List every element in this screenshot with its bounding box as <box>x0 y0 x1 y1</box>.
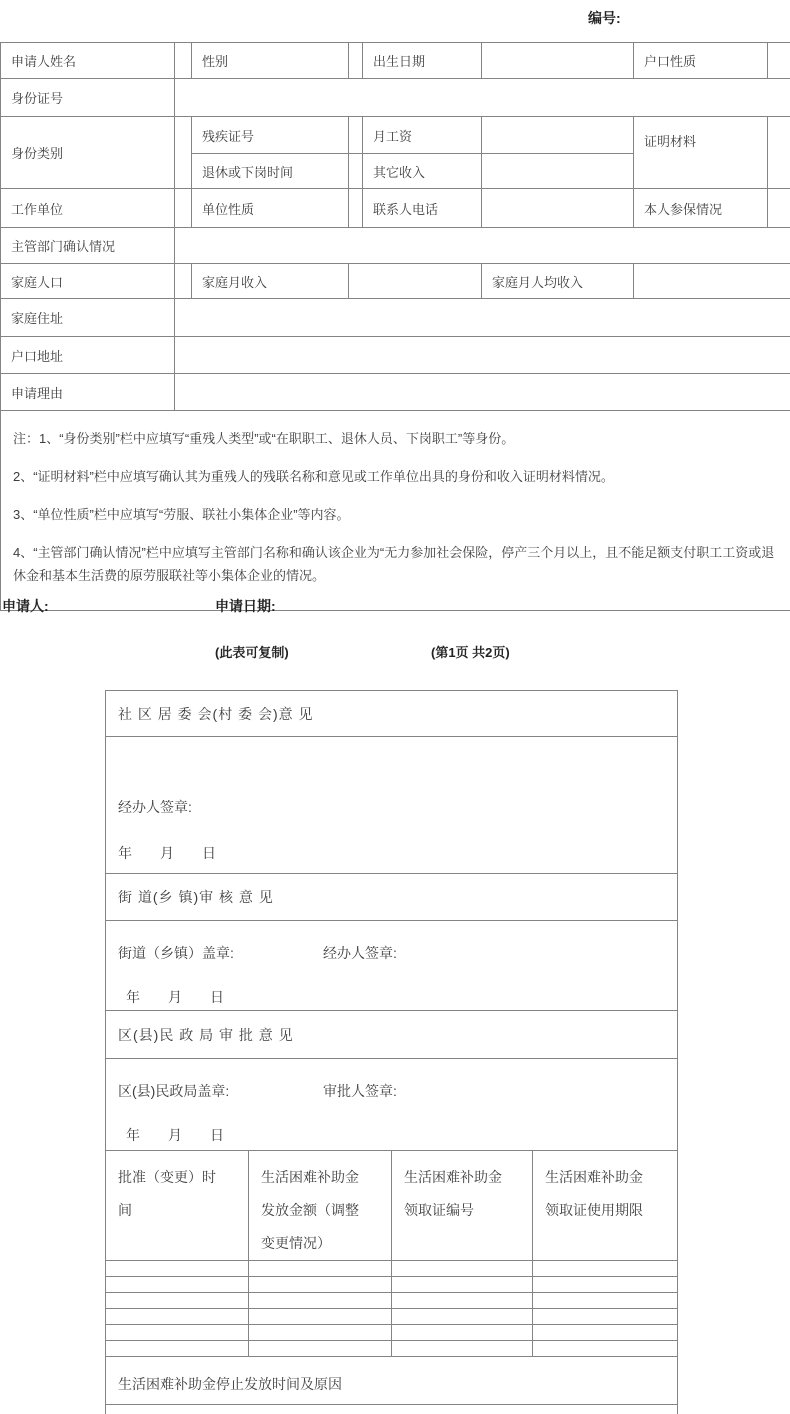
spacer-cell <box>175 43 192 79</box>
grid-empty-cell <box>533 1341 678 1357</box>
grid-empty-cell <box>533 1325 678 1341</box>
applicant-label: 申请人: <box>2 596 215 616</box>
label-gender: 性别 <box>192 43 349 79</box>
grid-empty-cell <box>392 1341 533 1357</box>
grid-empty-cell <box>106 1293 249 1309</box>
grid-empty-cell <box>533 1309 678 1325</box>
value-family-monthly-income <box>349 264 482 299</box>
value-apply-reason <box>175 374 790 411</box>
spacer-cell <box>175 264 192 299</box>
form-note-3: 3、“单位性质”栏中应填写“劳服、联社小集体企业”等内容。 <box>13 503 776 526</box>
handler-sign-label: 经办人签章: <box>323 945 397 961</box>
grid-empty-cell <box>106 1325 249 1341</box>
stop-reason-label: 生活困难补助金停止发放时间及原因 <box>106 1357 678 1405</box>
value-hukou-address <box>175 337 790 374</box>
application-form-page: 编号: 申请人姓名 性别 出生日期 户口性质 身份证号 身份类别 残疾证号 月工… <box>0 0 790 1414</box>
grid-empty-cell <box>392 1309 533 1325</box>
label-disability-cert-no: 残疾证号 <box>192 117 349 154</box>
label-hukou-address: 户口地址 <box>1 337 175 374</box>
form-note-1: 注：1、“身份类别”栏中应填写“重残人类型”或“在职职工、退休人员、下岗职工”等… <box>13 427 776 450</box>
date-line: 年 月 日 <box>118 1125 677 1145</box>
grid-empty-cell <box>249 1309 392 1325</box>
date-line: 年 月 日 <box>118 987 677 1007</box>
value-contact-phone <box>482 189 634 228</box>
grid-empty-cell <box>106 1277 249 1293</box>
applicant-info-table: 申请人姓名 性别 出生日期 户口性质 身份证号 身份类别 残疾证号 月工资 证明… <box>0 42 790 611</box>
col-header-cert-number: 生活困难补助金 领取证编号 <box>392 1151 533 1261</box>
district-approval-cell: 区(县)民政局盖章:审批人签章: 年 月 日 <box>106 1059 678 1151</box>
grid-empty-cell <box>392 1261 533 1277</box>
form-notes: 注：1、“身份类别”栏中应填写“重残人类型”或“在职职工、退休人员、下岗职工”等… <box>1 411 790 611</box>
apply-date-label: 申请日期: <box>215 598 276 614</box>
label-supervisor-confirm: 主管部门确认情况 <box>1 228 175 264</box>
label-id-number: 身份证号 <box>1 79 175 117</box>
grid-empty-cell <box>249 1341 392 1357</box>
grid-empty-cell <box>106 1261 249 1277</box>
grid-empty-cell <box>533 1261 678 1277</box>
spacer-cell <box>175 189 192 228</box>
value-other-income <box>482 154 634 189</box>
district-seal-label: 区(县)民政局盖章: <box>118 1081 323 1101</box>
doc-number-label: 编号: <box>588 8 621 28</box>
grid-empty-cell <box>392 1293 533 1309</box>
label-work-unit: 工作单位 <box>1 189 175 228</box>
label-family-monthly-income: 家庭月收入 <box>192 264 349 299</box>
value-supervisor-confirm <box>175 228 790 264</box>
value-id-number <box>175 79 790 117</box>
grid-empty-cell <box>106 1405 678 1414</box>
label-proof-materials: 证明材料 <box>634 117 768 189</box>
label-family-address: 家庭住址 <box>1 299 175 337</box>
spacer-cell <box>349 43 363 79</box>
header-district-approval: 区(县)民 政 局 审 批 意 见 <box>106 1011 678 1059</box>
approval-table: 社 区 居 委 会(村 委 会)意 见 经办人签章: 年 月 日 街 道(乡 镇… <box>105 690 678 1414</box>
grid-empty-cell <box>106 1309 249 1325</box>
label-family-percapita-income: 家庭月人均收入 <box>482 264 634 299</box>
page-footnote-line: (此表可复制)(第1页 共2页) <box>215 642 510 661</box>
form-note-4: 4、“主管部门确认情况”栏中应填写主管部门名称和确认该企业为“无力参加社会保险，… <box>13 541 776 587</box>
label-applicant-name: 申请人姓名 <box>1 43 175 79</box>
grid-empty-cell <box>533 1293 678 1309</box>
value-family-address <box>175 299 790 337</box>
label-monthly-wage: 月工资 <box>363 117 482 154</box>
value-family-percapita-income <box>634 264 790 299</box>
grid-empty-cell <box>249 1277 392 1293</box>
spacer-cell <box>349 189 363 228</box>
label-hukou-type: 户口性质 <box>634 43 768 79</box>
approver-sign-label: 审批人签章: <box>323 1083 397 1099</box>
spacer-cell <box>175 117 192 189</box>
label-birth-date: 出生日期 <box>363 43 482 79</box>
header-street-review: 街 道(乡 镇)审 核 意 见 <box>106 874 678 921</box>
label-identity-category: 身份类别 <box>1 117 175 189</box>
date-line: 年 月 日 <box>118 843 677 863</box>
spacer-cell <box>768 117 790 189</box>
label-contact-phone: 联系人电话 <box>363 189 482 228</box>
col-header-approval-time: 批准（变更）时 间 <box>106 1151 249 1261</box>
community-opinion-cell: 经办人签章: 年 月 日 <box>106 737 678 874</box>
label-apply-reason: 申请理由 <box>1 374 175 411</box>
handler-sign-label: 经办人签章: <box>118 797 677 817</box>
street-review-cell: 街道（乡镇）盖章:经办人签章: 年 月 日 <box>106 921 678 1011</box>
value-monthly-wage <box>482 117 634 154</box>
col-header-cert-validity: 生活困难补助金 领取证使用期限 <box>533 1151 678 1261</box>
spacer-cell <box>768 43 790 79</box>
form-note-2: 2、“证明材料”栏中应填写确认其为重残人的残联名称和意见或工作单位出具的身份和收… <box>13 465 776 488</box>
value-birth-date <box>482 43 634 79</box>
label-self-insurance: 本人参保情况 <box>634 189 768 228</box>
spacer-cell <box>349 154 363 189</box>
copy-note: (此表可复制) <box>215 642 431 661</box>
grid-empty-cell <box>249 1261 392 1277</box>
grid-empty-cell <box>106 1341 249 1357</box>
col-header-subsidy-amount: 生活困难补助金 发放金额（调整 变更情况） <box>249 1151 392 1261</box>
signature-line: 申请人:申请日期: <box>2 596 276 616</box>
header-community-opinion: 社 区 居 委 会(村 委 会)意 见 <box>106 691 678 737</box>
grid-empty-cell <box>533 1277 678 1293</box>
grid-empty-cell <box>392 1277 533 1293</box>
grid-empty-cell <box>392 1325 533 1341</box>
label-retire-layoff-time: 退休或下岗时间 <box>192 154 349 189</box>
label-other-income: 其它收入 <box>363 154 482 189</box>
spacer-cell <box>349 117 363 154</box>
label-unit-nature: 单位性质 <box>192 189 349 228</box>
grid-empty-cell <box>249 1293 392 1309</box>
label-family-size: 家庭人口 <box>1 264 175 299</box>
spacer-cell <box>768 189 790 228</box>
page-note: (第1页 共2页) <box>431 645 510 660</box>
street-seal-label: 街道（乡镇）盖章: <box>118 943 323 963</box>
grid-empty-cell <box>249 1325 392 1341</box>
